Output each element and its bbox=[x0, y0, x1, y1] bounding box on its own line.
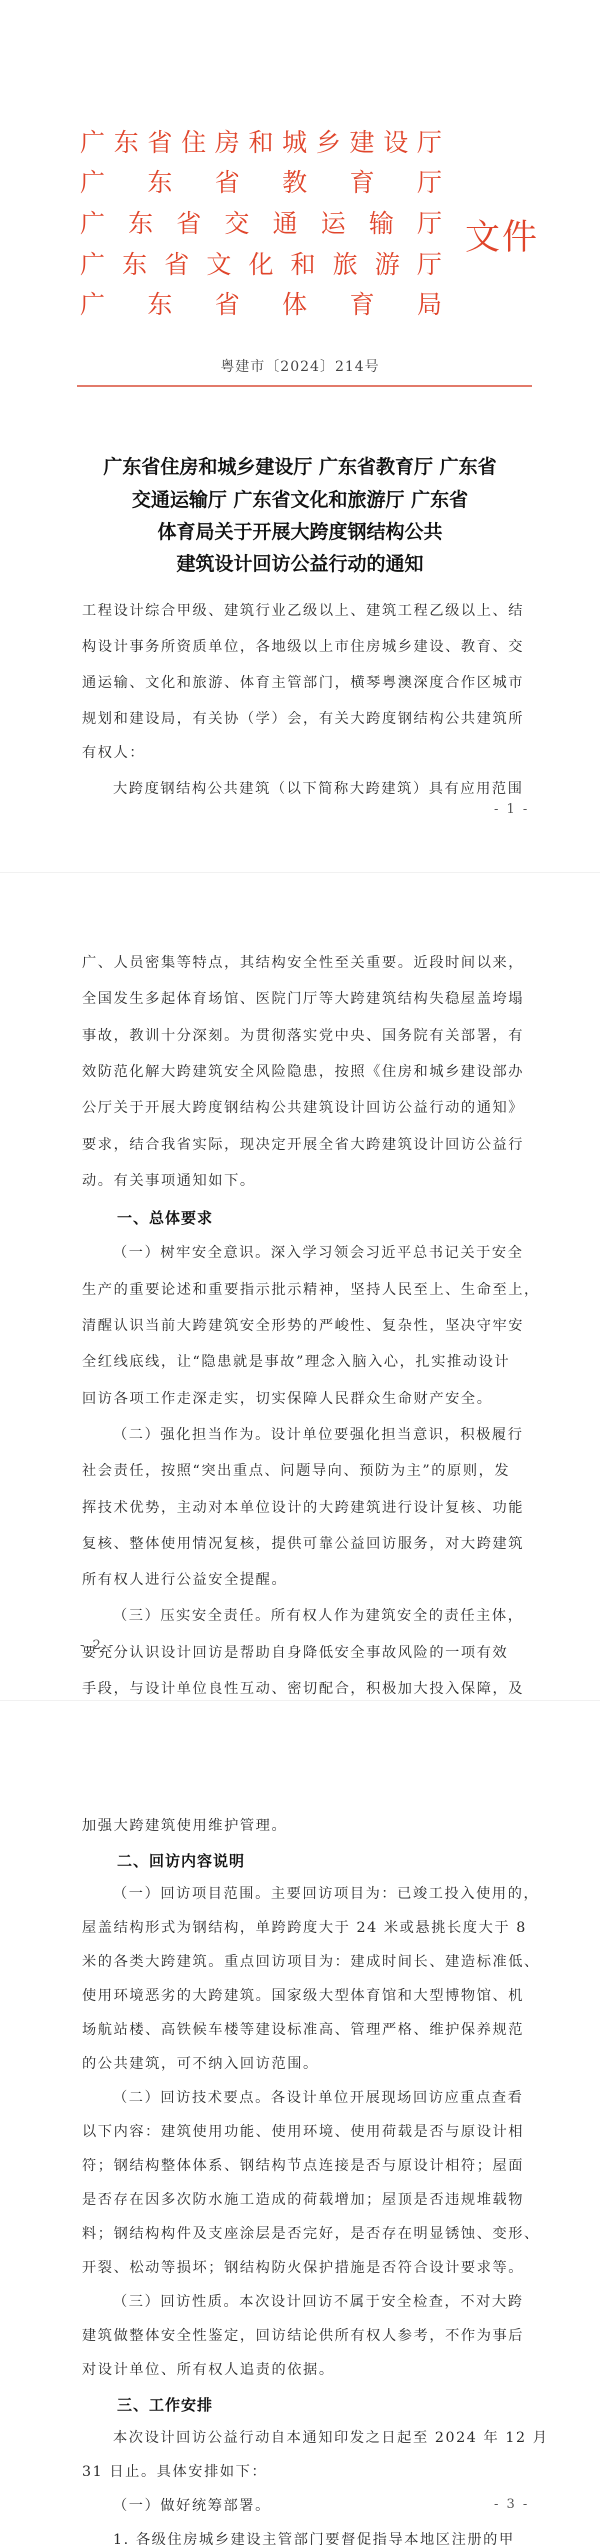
page-number: - 1 - bbox=[494, 802, 529, 817]
doc-type-label: 文件 bbox=[465, 210, 539, 260]
section-heading: 三、工作安排 bbox=[117, 2394, 213, 2415]
issuer-char: 省 bbox=[176, 209, 201, 239]
issuer-char: 厅 bbox=[417, 209, 442, 239]
body-paragraph-line: 广、人员密集等特点，其结构安全性至关重要。近段时间以来， bbox=[82, 953, 528, 973]
body-paragraph-line: 场航站楼、高铁候车楼等建设标准高、管理严格、维护保养规范 bbox=[82, 2020, 528, 2040]
body-paragraph-line: （一）树牢安全意识。深入学习领会习近平总书记关于安全 bbox=[113, 1243, 528, 1263]
page-number: - 2 - bbox=[80, 1638, 115, 1653]
issuer-char: 设 bbox=[383, 128, 408, 158]
body-paragraph-line: 使用环境恶劣的大跨建筑。国家级大型体育馆和大型博物馆、机 bbox=[82, 1986, 528, 2006]
addressee-line: 有权人： bbox=[82, 743, 528, 763]
page-separator bbox=[0, 872, 600, 873]
body-paragraph-line: 社会责任，按照“突出重点、问题导向、预防为主”的原则，发 bbox=[82, 1461, 528, 1481]
issuer-line: 广东省交通运输厅 bbox=[80, 209, 442, 239]
issuer-char: 城 bbox=[282, 128, 307, 158]
body-paragraph-line: 建筑做整体安全性鉴定，回访结论供所有权人参考，不作为事后 bbox=[82, 2326, 528, 2346]
body-paragraph-line: 对设计单位、所有权人追责的依据。 bbox=[82, 2360, 528, 2380]
issuer-char: 广 bbox=[80, 250, 105, 280]
issuer-char: 广 bbox=[80, 168, 105, 198]
issuer-char: 文 bbox=[206, 250, 231, 280]
issuer-char: 旅 bbox=[333, 250, 358, 280]
issuer-char: 通 bbox=[273, 209, 298, 239]
body-paragraph-line: 全国发生多起体育场馆、医院门厅等大跨建筑结构失稳屋盖垮塌 bbox=[82, 989, 528, 1009]
body-paragraph-line: 本次设计回访公益行动自本通知印发之日起至 2024 年 12 月 bbox=[113, 2428, 528, 2448]
body-paragraph-line: 开裂、松动等损坏；钢结构防火保护措施是否符合设计要求等。 bbox=[82, 2258, 528, 2278]
body-paragraph-line: 1. 各级住房城乡建设主管部门要督促指导本地区注册的甲 bbox=[113, 2530, 528, 2545]
issuer-char: 化 bbox=[248, 250, 273, 280]
body-paragraph-line: 清醒认识当前大跨建筑安全形势的严峻性、复杂性，坚决守牢安 bbox=[82, 1316, 528, 1336]
issuer-char: 东 bbox=[114, 128, 139, 158]
body-paragraph-line: 加强大跨建筑使用维护管理。 bbox=[82, 1816, 528, 1836]
body-paragraph-line: 的公共建筑，可不纳入回访范围。 bbox=[82, 2054, 528, 2074]
issuer-char: 厅 bbox=[417, 128, 442, 158]
title-line-4: 建筑设计回访公益行动的通知 bbox=[70, 548, 530, 581]
body-paragraph-line: （一）回访项目范围。主要回访项目为：已竣工投入使用的， bbox=[113, 1884, 528, 1904]
issuer-char: 住 bbox=[181, 128, 206, 158]
title-line-3: 体育局关于开展大跨度钢结构公共 bbox=[70, 516, 530, 549]
issuer-char: 育 bbox=[350, 290, 375, 320]
body-paragraph-line: 所有权人进行公益安全提醒。 bbox=[82, 1570, 528, 1590]
title-line-1: 广东省住房和城乡建设厅 广东省教育厅 广东省 bbox=[70, 451, 530, 484]
issuer-char: 东 bbox=[147, 290, 172, 320]
body-paragraph-line: 米的各类大跨建筑。重点回访项目为：建成时间长、建造标准低、 bbox=[82, 1952, 528, 1972]
issuer-char: 省 bbox=[215, 168, 240, 198]
issuer-char: 东 bbox=[122, 250, 147, 280]
body-paragraph-line: （一）做好统筹部署。 bbox=[113, 2496, 528, 2516]
issuer-line: 广东省文化和旅游厅 bbox=[80, 250, 442, 280]
issuer-char: 广 bbox=[80, 290, 105, 320]
body-paragraph-line: 要求，结合我省实际，现决定开展全省大跨建筑设计回访公益行 bbox=[82, 1135, 528, 1155]
issuer-char: 广 bbox=[80, 128, 105, 158]
section-heading: 一、总体要求 bbox=[117, 1207, 213, 1228]
issuer-char: 广 bbox=[80, 209, 105, 239]
document-number: 粤建市〔2024〕214号 bbox=[0, 356, 600, 376]
body-paragraph-line: 31 日止。具体安排如下： bbox=[82, 2462, 528, 2482]
issuer-char: 房 bbox=[215, 128, 240, 158]
issuer-char: 局 bbox=[417, 290, 442, 320]
issuer-char: 厅 bbox=[417, 250, 442, 280]
body-paragraph-line: 生产的重要论述和重要指示批示精神，坚持人民至上、生命至上， bbox=[82, 1280, 528, 1300]
issuer-char: 和 bbox=[248, 128, 273, 158]
page-1: 广东省住房和城乡建设厅广东省教育厅广东省交通运输厅广东省文化和旅游厅广东省体育局… bbox=[0, 0, 600, 870]
issuer-char: 输 bbox=[369, 209, 394, 239]
addressee-line: 通运输、文化和旅游、体育主管部门，横琴粤澳深度合作区城市 bbox=[82, 673, 528, 693]
page-number: - 3 - bbox=[494, 2497, 529, 2512]
addressee-line: 规划和建设局，有关协（学）会，有关大跨度钢结构公共建筑所 bbox=[82, 709, 528, 729]
addressee-line: 工程设计综合甲级、建筑行业乙级以上、建筑工程乙级以上、结 bbox=[82, 601, 528, 621]
issuer-char: 运 bbox=[321, 209, 346, 239]
issuer-char: 和 bbox=[291, 250, 316, 280]
body-paragraph-line: 手段，与设计单位良性互动、密切配合，积极加大投入保障，及 bbox=[82, 1679, 528, 1699]
section-heading: 二、回访内容说明 bbox=[117, 1850, 245, 1871]
body-paragraph-line: 效防范化解大跨建筑安全风险隐患，按照《住房和城乡建设部办 bbox=[82, 1062, 528, 1082]
body-paragraph-line: （二）回访技术要点。各设计单位开展现场回访应重点查看 bbox=[113, 2088, 528, 2108]
issuer-char: 交 bbox=[224, 209, 249, 239]
page-separator bbox=[0, 1700, 600, 1701]
issuer-line: 广东省住房和城乡建设厅 bbox=[80, 128, 442, 158]
body-paragraph-line: 公厅关于开展大跨度钢结构公共建筑设计回访公益行动的通知》 bbox=[82, 1098, 528, 1118]
body-paragraph-line: 全红线底线，让“隐患就是事故”理念入脑入心，扎实推动设计 bbox=[82, 1352, 528, 1372]
body-paragraph-line: 符；钢结构整体体系、钢结构节点连接是否与原设计相符；屋面 bbox=[82, 2156, 528, 2176]
issuer-char: 东 bbox=[147, 168, 172, 198]
page-3: 加强大跨建筑使用维护管理。二、回访内容说明（一）回访项目范围。主要回访项目为：已… bbox=[0, 1702, 600, 2545]
body-paragraph-line: 大跨度钢结构公共建筑（以下简称大跨建筑）具有应用范围 bbox=[113, 779, 528, 799]
addressee-line: 构设计事务所资质单位，各地级以上市住房城乡建设、教育、交 bbox=[82, 637, 528, 657]
body-paragraph-line: （三）压实安全责任。所有权人作为建筑安全的责任主体， bbox=[113, 1606, 528, 1626]
issuer-char: 省 bbox=[215, 290, 240, 320]
issuer-char: 东 bbox=[128, 209, 153, 239]
body-paragraph-line: 复核、整体使用情况复核，提供可靠公益回访服务，对大跨建筑 bbox=[82, 1534, 528, 1554]
body-paragraph-line: 屋盖结构形式为钢结构，单跨跨度大于 24 米或悬挑长度大于 8 bbox=[82, 1918, 528, 1938]
issuer-char: 省 bbox=[164, 250, 189, 280]
body-paragraph-line: 是否存在因多次防水施工造成的荷载增加；屋顶是否违规堆载物 bbox=[82, 2190, 528, 2210]
issuer-char: 体 bbox=[282, 290, 307, 320]
body-paragraph-line: 事故，教训十分深刻。为贯彻落实党中央、国务院有关部署，有 bbox=[82, 1026, 528, 1046]
body-paragraph-line: 挥技术优势，主动对本单位设计的大跨建筑进行设计复核、功能 bbox=[82, 1498, 528, 1518]
issuer-char: 教 bbox=[282, 168, 307, 198]
issuer-char: 省 bbox=[147, 128, 172, 158]
body-paragraph-line: （三）回访性质。本次设计回访不属于安全检查，不对大跨 bbox=[113, 2292, 528, 2312]
issuer-char: 建 bbox=[350, 128, 375, 158]
body-paragraph-line: 回访各项工作走深走实，切实保障人民群众生命财产安全。 bbox=[82, 1389, 528, 1409]
red-divider-line bbox=[77, 385, 532, 387]
page-2: 广、人员密集等特点，其结构安全性至关重要。近段时间以来，全国发生多起体育场馆、医… bbox=[0, 874, 600, 1664]
body-paragraph-line: 动。有关事项通知如下。 bbox=[82, 1171, 528, 1191]
issuer-line: 广东省体育局 bbox=[80, 290, 442, 320]
issuer-char: 育 bbox=[350, 168, 375, 198]
issuer-char: 厅 bbox=[417, 168, 442, 198]
body-paragraph-line: （二）强化担当作为。设计单位要强化担当意识，积极履行 bbox=[113, 1425, 528, 1445]
body-paragraph-line: 要充分认识设计回访是帮助自身降低安全事故风险的一项有效 bbox=[82, 1643, 528, 1663]
body-paragraph-line: 以下内容：建筑使用功能、使用环境、使用荷载是否与原设计相 bbox=[82, 2122, 528, 2142]
issuer-line: 广东省教育厅 bbox=[80, 168, 442, 198]
issuer-char: 乡 bbox=[316, 128, 341, 158]
issuer-char: 游 bbox=[375, 250, 400, 280]
title-line-2: 交通运输厅 广东省文化和旅游厅 广东省 bbox=[70, 484, 530, 517]
body-paragraph-line: 料；钢结构构件及支座涂层是否完好，是否存在明显锈蚀、变形、 bbox=[82, 2224, 528, 2244]
